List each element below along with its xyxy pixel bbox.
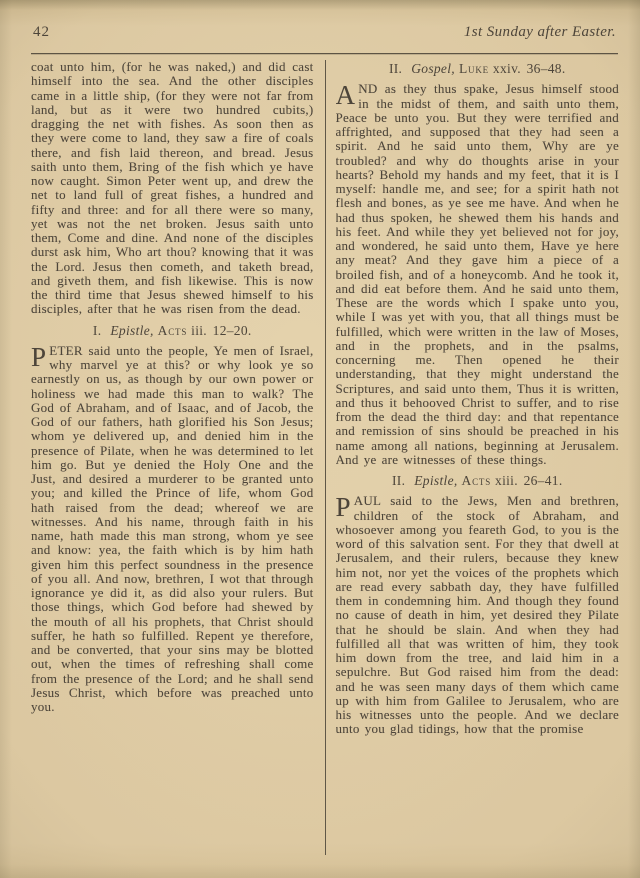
heading-book: Acts <box>462 473 491 488</box>
epistle-paragraph: PETER said unto the people, Ye men of Is… <box>31 344 314 715</box>
text-columns: coat unto him, (for he was naked,) and d… <box>31 60 619 865</box>
epistle-heading: I.Epistle,Actsiii. 12–20. <box>31 324 314 338</box>
heading-book: Acts <box>158 323 187 338</box>
gospel-paragraph-text: ND as they thus spake, Jesus himself sto… <box>336 81 620 467</box>
dropcap-initial: A <box>336 82 359 107</box>
gospel-continuation-paragraph: coat unto him, (for he was naked,) and d… <box>31 60 314 317</box>
heading-numeral: I. <box>93 323 101 338</box>
heading-numeral: II. <box>389 61 402 76</box>
epistle-heading: II.Epistle,Actsxiii. 26–41. <box>336 474 620 488</box>
dropcap-initial: P <box>31 344 49 369</box>
heading-type: Epistle, <box>414 473 457 488</box>
heading-reference: xiii. 26–41. <box>495 473 562 488</box>
left-column: coat unto him, (for he was naked,) and d… <box>31 60 314 865</box>
right-column: II.Gospel,Lukexxiv. 36–48. AND as they t… <box>336 60 620 865</box>
epistle-paragraph-text: ETER said unto the people, Ye men of Isr… <box>31 343 314 714</box>
running-title: 1st Sunday after Easter. <box>464 24 616 41</box>
gospel-heading: II.Gospel,Lukexxiv. 36–48. <box>336 62 620 76</box>
book-page: 42 1st Sunday after Easter. coat unto hi… <box>0 0 640 878</box>
heading-type: Gospel, <box>411 61 455 76</box>
gospel-paragraph: AND as they thus spake, Jesus himself st… <box>336 82 620 467</box>
epistle-paragraph: PAUL said to the Jews, Men and brethren,… <box>336 494 620 736</box>
heading-book: Luke <box>459 61 489 76</box>
page-header: 42 1st Sunday after Easter. <box>33 24 616 46</box>
page-number: 42 <box>33 24 50 41</box>
column-divider <box>325 60 326 855</box>
header-rule <box>31 53 618 54</box>
heading-reference: xxiv. 36–48. <box>493 61 566 76</box>
heading-numeral: II. <box>392 473 405 488</box>
heading-reference: iii. 12–20. <box>191 323 251 338</box>
dropcap-initial: P <box>336 494 354 519</box>
epistle-paragraph-text: AUL said to the Jews, Men and brethren, … <box>336 493 620 736</box>
heading-type: Epistle, <box>110 323 153 338</box>
